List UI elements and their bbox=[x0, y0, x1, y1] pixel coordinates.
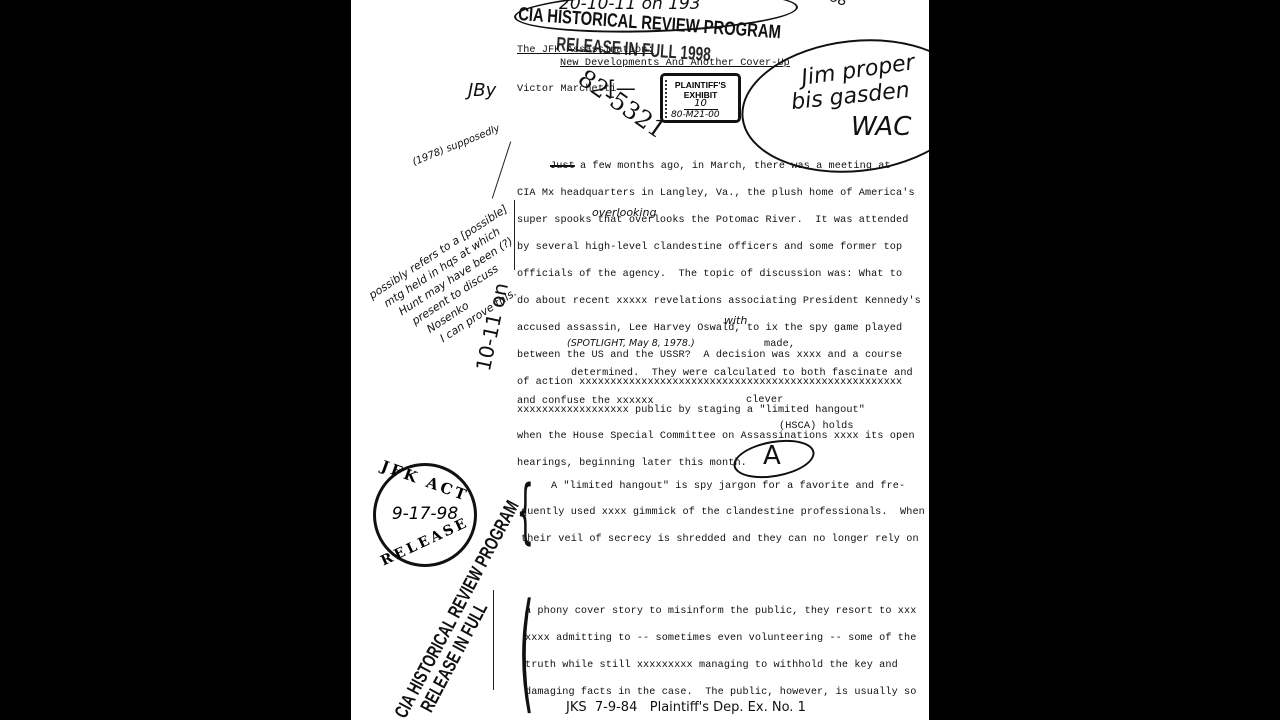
footer-deposition-note: JKS 7-9-84 Plaintiff's Dep. Ex. No. 1 bbox=[566, 700, 806, 715]
struck-just: Just bbox=[550, 161, 575, 172]
jfk-act-release-stamp: JFK ACT 9-17-98 RELEASE bbox=[373, 463, 477, 567]
body-line: hearings, beginning later this month. bbox=[517, 458, 747, 469]
note-jby: JBy bbox=[468, 80, 496, 101]
circled-a-letter: A bbox=[763, 441, 781, 471]
margin-line-bottom bbox=[493, 590, 494, 690]
plaintiffs-exhibit-stamp: PLAINTIFF'S EXHIBIT 10 80-M21-00 bbox=[660, 73, 741, 123]
insert-spotlight: (SPOTLIGHT, May 8, 1978.) bbox=[567, 338, 695, 349]
body-line: A "limited hangout" is spy jargon for a … bbox=[551, 481, 905, 492]
body-line: officials of the agency. The topic of di… bbox=[517, 269, 902, 280]
body-line: a few months ago, in March, there was a … bbox=[580, 161, 891, 172]
jfk-act-label: JFK ACT bbox=[376, 456, 474, 506]
note-year-supposedly: (1978) supposedly bbox=[411, 123, 502, 168]
body-line: truth while still xxxxxxxxx managing to … bbox=[525, 660, 898, 671]
exhibit-code: 80-M21-00 bbox=[671, 110, 720, 120]
body-line: accused assassin, Lee Harvey Oswald, to … bbox=[517, 323, 902, 334]
brace-mark-1: { bbox=[516, 470, 534, 552]
body-line: a phony cover story to misinform the pub… bbox=[525, 606, 916, 617]
body-line: xxxxxxxxxxxxxxxxxx public by staging a "… bbox=[517, 405, 865, 416]
body-line: when the House Special Committee on Assa… bbox=[517, 431, 915, 442]
body-line: quently used xxxx gimmick of the clandes… bbox=[521, 507, 925, 518]
doc-title-line1: The JFK Assassination: bbox=[517, 45, 654, 56]
document-page: 20-10-11 on 193 CIA HISTORICAL REVIEW PR… bbox=[351, 0, 929, 720]
exhibit-number: 10 bbox=[684, 98, 718, 110]
body-line: damaging facts in the case. The public, … bbox=[525, 687, 916, 698]
body-line: their veil of secrecy is shredded and th… bbox=[521, 534, 919, 545]
body-line: between the US and the USSR? A decision … bbox=[517, 350, 902, 361]
body-line: do about recent xxxxx revelations associ… bbox=[517, 296, 921, 307]
top-right-mark: 0o8 bbox=[819, 0, 849, 10]
body-line: CIA Mx headquarters in Langley, Va., the… bbox=[517, 188, 915, 199]
brace-mark-2: ( bbox=[519, 586, 534, 716]
body-line: by several high-level clandestine office… bbox=[517, 242, 902, 253]
signature-initials: WAC bbox=[851, 112, 911, 142]
margin-note-block: possibly refers to a [possible] mtg held… bbox=[366, 202, 551, 366]
margin-line-top bbox=[492, 141, 511, 198]
body-line: super spooks that overlooks the Potomac … bbox=[517, 215, 908, 226]
insert-made: made, bbox=[764, 339, 795, 350]
body-line: of action xxxxxxxxxxxxxxxxxxxxxxxxxxxxxx… bbox=[517, 377, 902, 388]
body-line: xxxx admitting to -- sometimes even volu… bbox=[525, 633, 916, 644]
exhibit-label: PLAINTIFF'S bbox=[663, 80, 738, 90]
